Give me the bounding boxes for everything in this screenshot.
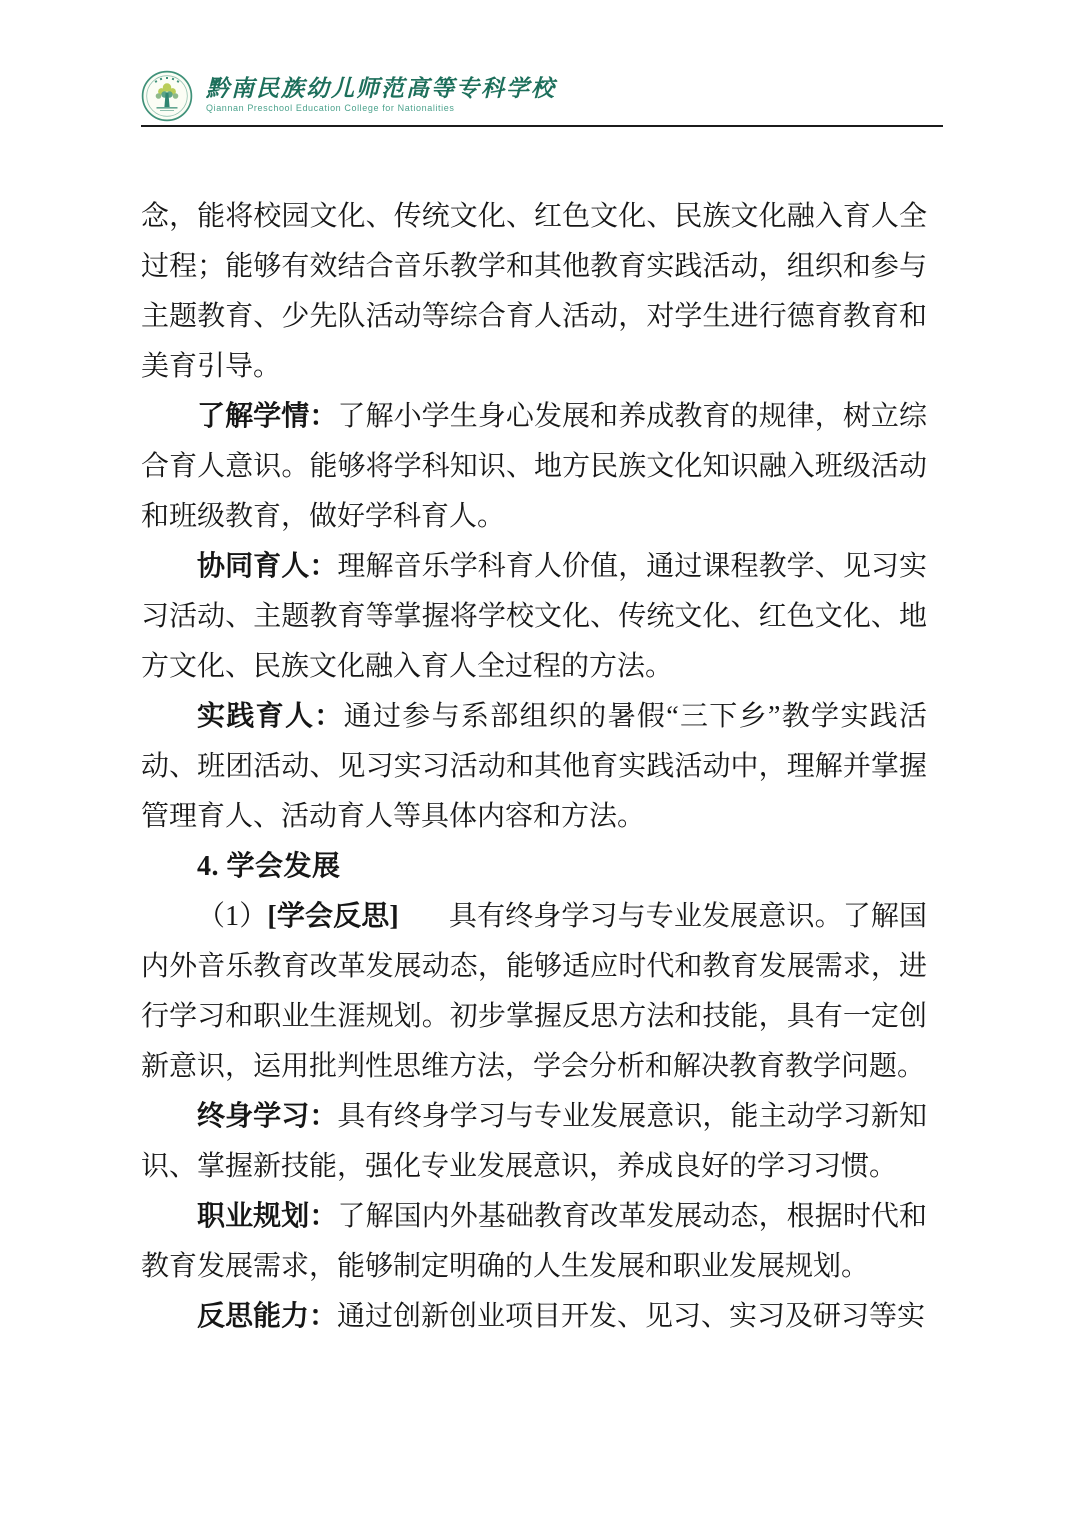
document-body: 念，能将校园文化、传统文化、红色文化、民族文化融入育人全过程；能够有效结合音乐教… bbox=[141, 192, 927, 1342]
header-divider bbox=[141, 125, 943, 127]
paragraph-fansi-nengli: 反思能力：通过创新创业项目开发、见习、实习及研习等实 bbox=[141, 1292, 927, 1342]
paragraph-number: （1） bbox=[197, 901, 267, 932]
paragraph-label: 实践育人： bbox=[197, 701, 344, 732]
paragraph-text: 通过创新创业项目开发、见习、实习及研习等实 bbox=[337, 1301, 925, 1332]
paragraph-label: 了解学情： bbox=[197, 401, 337, 432]
document-page: 黔南民族幼儿师范高等专科学校 Qiannan Preschool Educati… bbox=[0, 0, 1074, 1520]
paragraph-label: 职业规划： bbox=[197, 1201, 337, 1232]
paragraph-shijian-yuren: 实践育人：通过参与系部组织的暑假“三下乡”教学实践活动、班团活动、见习实习活动和… bbox=[141, 692, 927, 842]
paragraph-zhiye-guihua: 职业规划：了解国内外基础教育改革发展动态，根据时代和教育发展需求，能够制定明确的… bbox=[141, 1192, 927, 1292]
paragraph-label: 协同育人： bbox=[197, 551, 337, 582]
paragraph-zhongshen-xuexi: 终身学习：具有终身学习与专业发展意识，能主动学习新知识、掌握新技能，强化专业发展… bbox=[141, 1092, 927, 1192]
paragraph-label: [学会反思] bbox=[267, 901, 398, 932]
paragraph-continuation: 念，能将校园文化、传统文化、红色文化、民族文化融入育人全过程；能够有效结合音乐教… bbox=[141, 192, 927, 392]
paragraph-label: 终身学习： bbox=[197, 1101, 337, 1132]
paragraph-xietong-yuren: 协同育人：理解音乐学科育人价值，通过课程教学、见习实习活动、主题教育等掌握将学校… bbox=[141, 542, 927, 692]
college-name-english: Qiannan Preschool Education College for … bbox=[206, 102, 556, 114]
section-heading-text: 4. 学会发展 bbox=[197, 851, 341, 882]
college-name-chinese: 黔南民族幼儿师范高等专科学校 bbox=[206, 76, 556, 102]
paragraph-label: 反思能力： bbox=[197, 1301, 337, 1332]
college-titles: 黔南民族幼儿师范高等专科学校 Qiannan Preschool Educati… bbox=[206, 70, 556, 114]
paragraph-xuehui-fansi: （1）[学会反思]具有终身学习与专业发展意识。了解国内外音乐教育改革发展动态，能… bbox=[141, 892, 927, 1092]
section-heading-xuehui-fazhan: 4. 学会发展 bbox=[141, 842, 927, 892]
college-seal-icon bbox=[141, 70, 193, 122]
letterhead: 黔南民族幼儿师范高等专科学校 Qiannan Preschool Educati… bbox=[141, 70, 943, 127]
college-logo: 黔南民族幼儿师范高等专科学校 Qiannan Preschool Educati… bbox=[141, 70, 943, 122]
paragraph-liaojie-xueqing: 了解学情：了解小学生身心发展和养成教育的规律，树立综合育人意识。能够将学科知识、… bbox=[141, 392, 927, 542]
paragraph-text: 念，能将校园文化、传统文化、红色文化、民族文化融入育人全过程；能够有效结合音乐教… bbox=[141, 201, 927, 382]
